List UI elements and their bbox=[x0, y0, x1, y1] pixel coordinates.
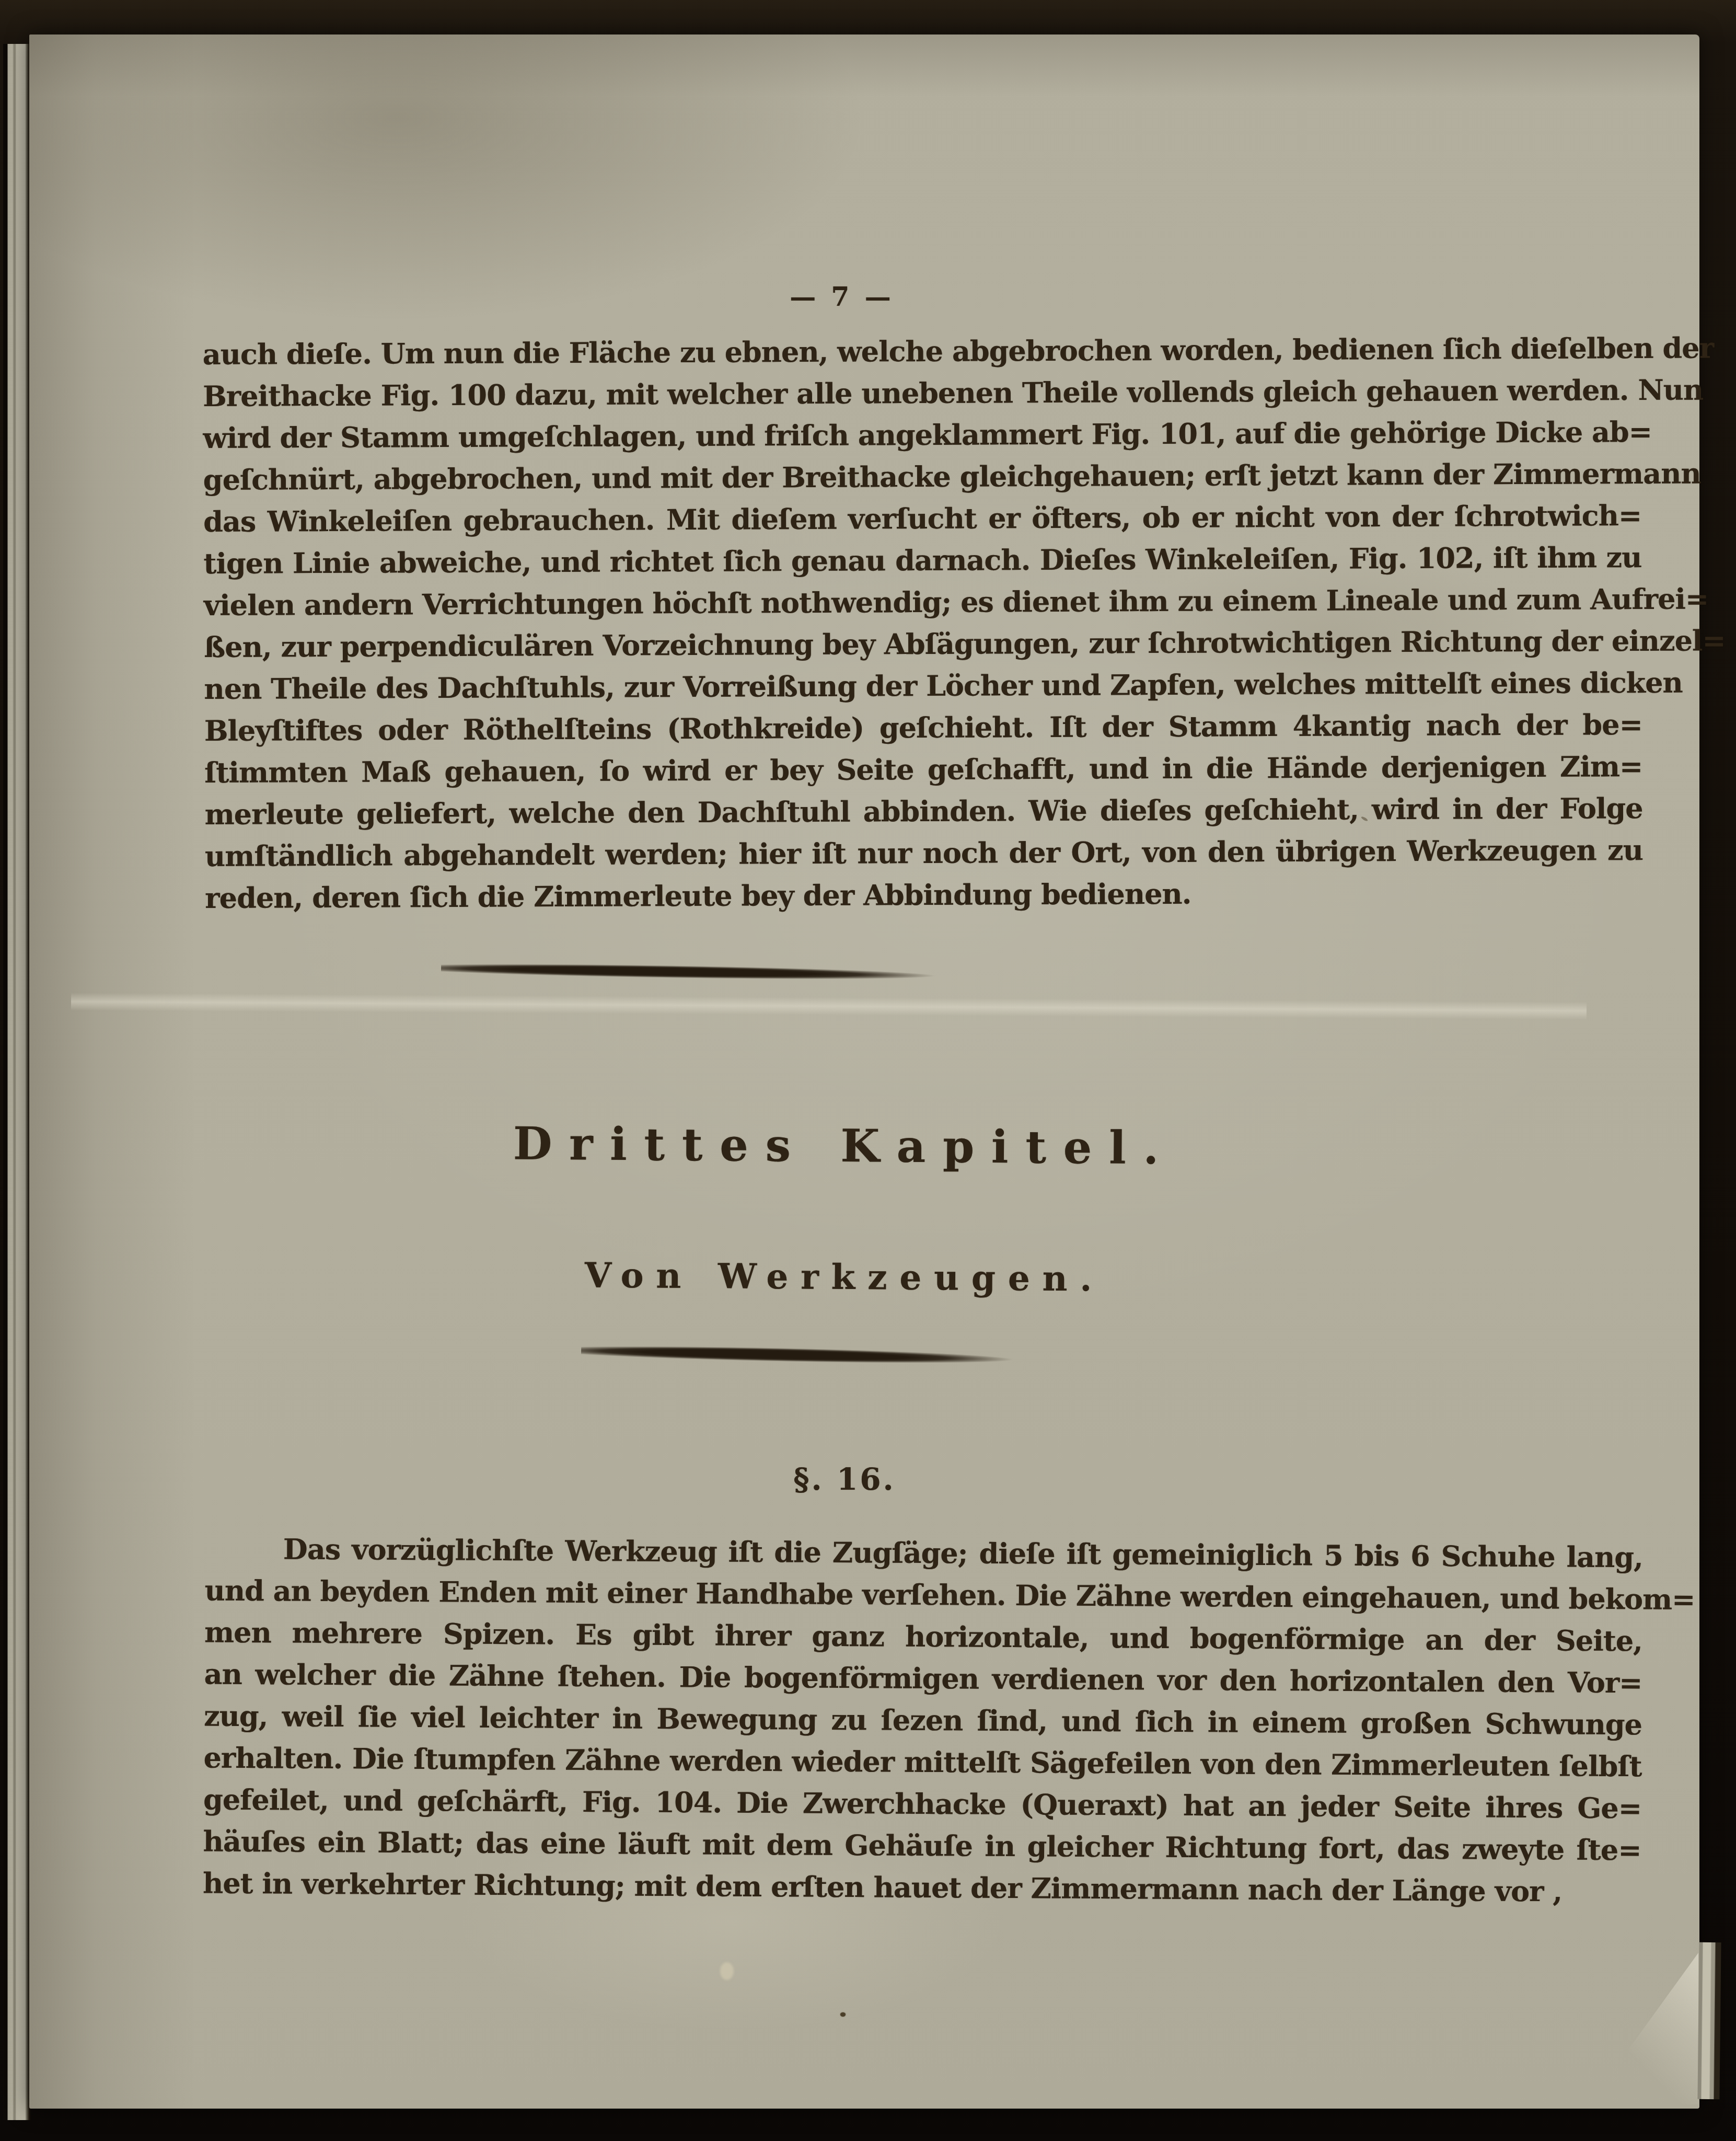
paragraph-continuation: auch dieſe. Um nun die Fläche zu ebnen, … bbox=[203, 327, 1644, 919]
text-line: merleute geliefert, welche den Dachſtuhl… bbox=[204, 787, 1642, 835]
text-line: het in verkehrter Richtung; mit dem erſt… bbox=[203, 1862, 1641, 1913]
text-line: geſchnürt, abgebrochen, und mit der Brei… bbox=[203, 453, 1641, 501]
text-line: nen Theile des Dachſtuhls, zur Vorreißun… bbox=[204, 662, 1642, 710]
text-line: vielen andern Verrichtungen höchſt nothw… bbox=[204, 578, 1642, 626]
paper-stain bbox=[720, 1962, 734, 1980]
right-page-edge-slivers bbox=[1697, 1942, 1721, 2099]
paper-crease bbox=[71, 993, 1587, 1020]
text-line: das Winkeleiſen gebrauchen. Mit dieſem v… bbox=[203, 494, 1641, 543]
chapter-title: Drittes Kapitel. bbox=[202, 1115, 1488, 1177]
text-line: auch dieſe. Um nun die Fläche zu ebnen, … bbox=[203, 327, 1641, 375]
text-line: Bleyſtiftes oder Röthelſteins (Rothkreid… bbox=[204, 704, 1642, 752]
subtitle-divider-rule bbox=[581, 1344, 1043, 1367]
paragraph-section-16: Das vorzüglichſte Werkzeug iſt die Zugſä… bbox=[203, 1528, 1643, 1913]
paper-speck bbox=[840, 2012, 846, 2017]
text-line: reden, deren ſich die Zimmerleute bey de… bbox=[205, 871, 1643, 919]
page-number: — 7 — bbox=[202, 281, 1482, 312]
book-page: — 7 — auch dieſe. Um nun die Fläche zu e… bbox=[29, 34, 1699, 2109]
text-line: Breithacke Fig. 100 dazu, mit welcher al… bbox=[203, 369, 1641, 417]
text-line: ſtimmten Maß gehauen, ſo wird er bey Sei… bbox=[204, 745, 1642, 793]
section-divider-rule bbox=[441, 962, 970, 983]
scan-background: — 7 — auch dieſe. Um nun die Fläche zu e… bbox=[0, 0, 1736, 2141]
text-line: wird der Stamm umgeſchlagen, und friſch … bbox=[203, 411, 1641, 459]
chapter-subtitle: Von Werkzeugen. bbox=[202, 1252, 1487, 1302]
section-number: §. 16. bbox=[202, 1461, 1487, 1497]
book-spine-page-edges bbox=[3, 44, 30, 2120]
corner-fold bbox=[1589, 1953, 1698, 2104]
text-line: ßen, zur perpendiculären Vorzeichnung be… bbox=[204, 620, 1642, 668]
text-line: tigen Linie abweiche, und richtet ſich g… bbox=[203, 536, 1641, 584]
text-line: umſtändlich abgehandelt werden; hier iſt… bbox=[205, 829, 1643, 877]
